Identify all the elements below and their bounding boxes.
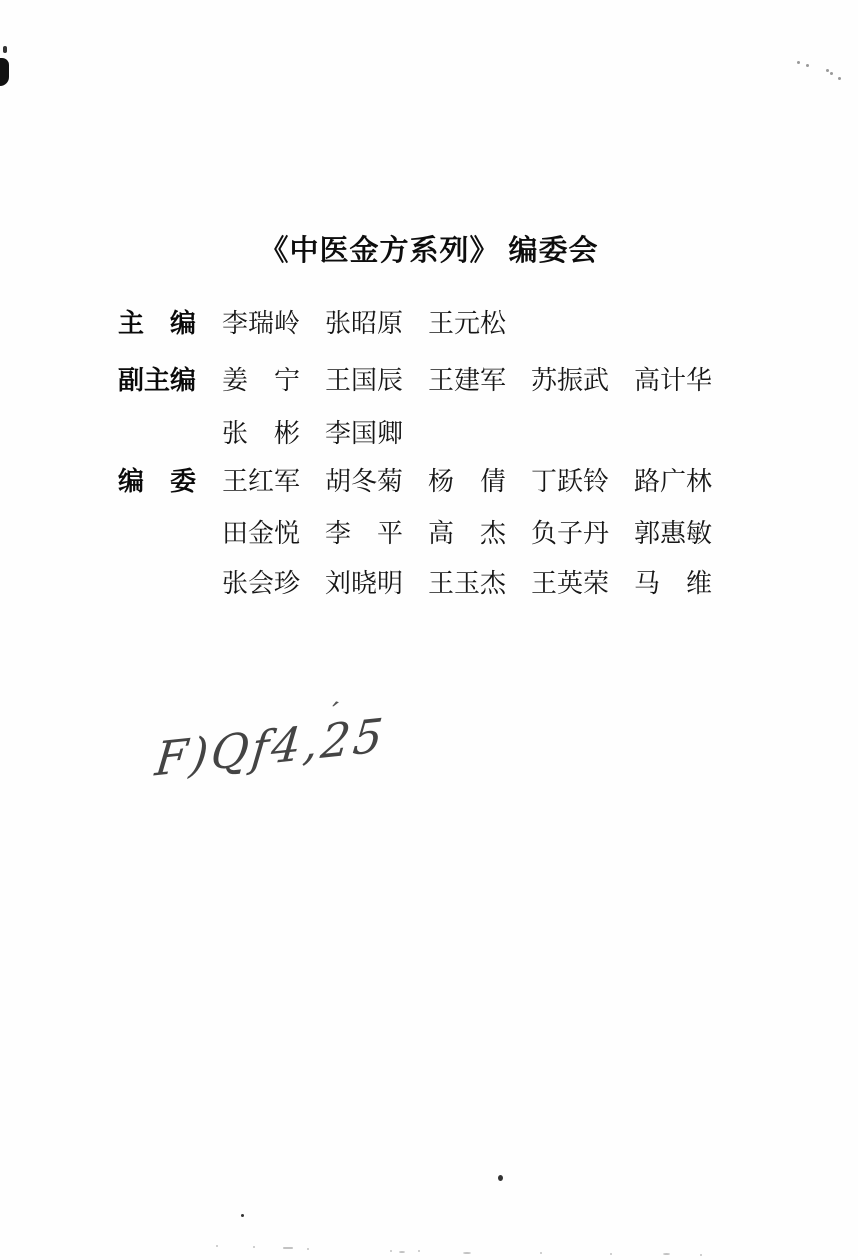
member-name: 胡冬菊 bbox=[325, 461, 404, 498]
scan-speck bbox=[418, 1250, 420, 1252]
scan-speck bbox=[540, 1252, 542, 1254]
scan-speck bbox=[307, 1248, 309, 1250]
member-name: 王国辰 bbox=[325, 360, 404, 397]
member-name: 王英荣 bbox=[531, 563, 610, 600]
role-label: 编 委 bbox=[118, 461, 198, 498]
member-name: 负子丹 bbox=[531, 513, 610, 550]
member-name: 丁跃铃 bbox=[531, 461, 610, 498]
scan-speck bbox=[463, 1252, 471, 1254]
scan-speck bbox=[253, 1246, 255, 1248]
scan-speck bbox=[241, 1214, 244, 1217]
committee-row: 张会珍 刘晓明 王玉杰 王英荣 马 维 bbox=[118, 563, 713, 600]
member-name: 李瑞岭 bbox=[222, 303, 301, 340]
scan-speck bbox=[700, 1254, 702, 1256]
scan-speck bbox=[663, 1253, 670, 1255]
scan-speck bbox=[283, 1247, 293, 1249]
member-name: 张会珍 bbox=[222, 563, 301, 600]
committee-row: 主 编 李瑞岭 张昭原 王元松 bbox=[118, 303, 507, 340]
member-name: 杨 倩 bbox=[428, 461, 507, 498]
scan-speck bbox=[826, 69, 829, 72]
scanned-book-page: 《中医金方系列》 编委会 主 编 李瑞岭 张昭原 王元松 副主编 姜 宁 王国辰… bbox=[0, 0, 858, 1260]
member-name: 郭惠敏 bbox=[634, 513, 713, 550]
ink-dot-left-edge bbox=[3, 46, 7, 53]
page-title: 《中医金方系列》 编委会 bbox=[0, 228, 858, 269]
role-label bbox=[118, 413, 198, 450]
role-label: 主 编 bbox=[118, 303, 198, 340]
member-name: 王玉杰 bbox=[428, 563, 507, 600]
member-name: 王建军 bbox=[428, 360, 507, 397]
scan-speck bbox=[399, 1251, 405, 1253]
role-label bbox=[118, 513, 198, 550]
committee-row: 张 彬 李国卿 bbox=[118, 413, 404, 450]
role-label bbox=[118, 563, 198, 600]
member-name: 王红军 bbox=[222, 461, 301, 498]
committee-row: 编 委 王红军 胡冬菊 杨 倩 丁跃铃 路广林 bbox=[118, 461, 713, 498]
member-name: 高 杰 bbox=[428, 513, 507, 550]
handwritten-annotation: F)Qf4,25 bbox=[153, 707, 389, 786]
member-name: 高计华 bbox=[634, 360, 713, 397]
committee-row: 田金悦 李 平 高 杰 负子丹 郭惠敏 bbox=[118, 513, 713, 550]
scan-speck bbox=[610, 1253, 612, 1255]
member-name: 路广林 bbox=[634, 461, 713, 498]
scan-speck bbox=[216, 1245, 218, 1247]
scan-speck bbox=[830, 72, 833, 75]
member-name: 苏振武 bbox=[531, 360, 610, 397]
scan-speck bbox=[797, 61, 800, 64]
member-name: 李国卿 bbox=[325, 413, 404, 450]
member-name: 张 彬 bbox=[222, 413, 301, 450]
scan-speck bbox=[838, 77, 841, 80]
member-name: 马 维 bbox=[634, 563, 713, 600]
member-name: 王元松 bbox=[428, 303, 507, 340]
role-label: 副主编 bbox=[118, 360, 198, 397]
member-name: 田金悦 bbox=[222, 513, 301, 550]
scan-speck bbox=[498, 1175, 503, 1181]
member-name: 张昭原 bbox=[325, 303, 404, 340]
scan-speck bbox=[390, 1250, 392, 1252]
scan-speck bbox=[806, 64, 809, 67]
ink-blob-left-edge bbox=[0, 58, 9, 86]
member-name: 李 平 bbox=[325, 513, 404, 550]
member-name: 刘晓明 bbox=[325, 563, 404, 600]
member-name: 姜 宁 bbox=[222, 360, 301, 397]
committee-row: 副主编 姜 宁 王国辰 王建军 苏振武 高计华 bbox=[118, 360, 713, 397]
